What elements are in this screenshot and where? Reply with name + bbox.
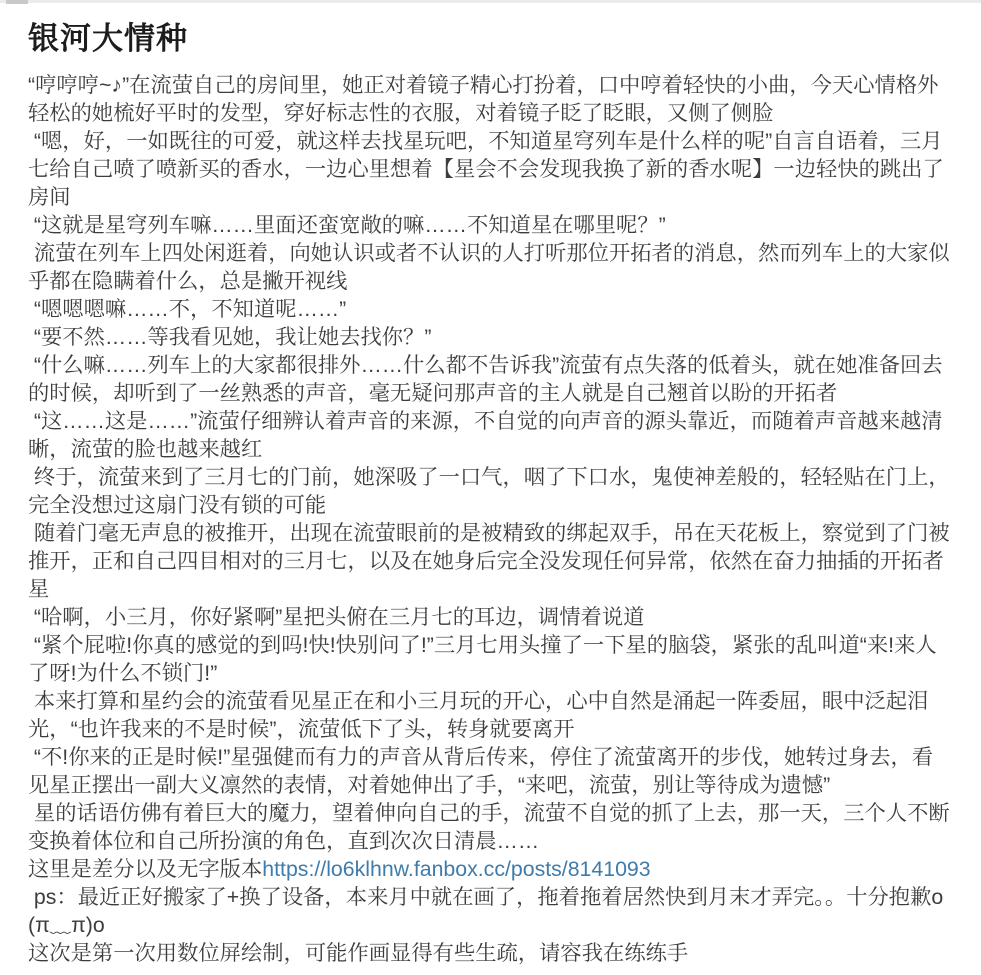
story-paragraph: 终于，流萤来到了三月七的门前，她深吸了一口气，咽了下口水，鬼使神差般的，轻轻贴在… (28, 463, 951, 519)
story-paragraph: “什么嘛……列车上的大家都很排外……什么都不告诉我”流萤有点失落的低着头，就在她… (28, 351, 951, 407)
page-root: 银河大情种 “哼哼哼~♪”在流萤自己的房间里，她正对着镜子精心打扮着，口中哼着轻… (0, 0, 981, 967)
story-paragraph: “哈啊，小三月，你好紧啊”星把头俯在三月七的耳边，调情着说道 (28, 603, 951, 631)
story-paragraph: 流萤在列车上四处闲逛着，向她认识或者不认识的人打听那位开拓者的消息，然而列车上的… (28, 239, 951, 295)
page-title: 银河大情种 (28, 22, 951, 56)
link-prefix-text: 这里是差分以及无字版本 (28, 857, 262, 881)
fanbox-link[interactable]: https://lo6klhnw.fanbox.cc/posts/8141093 (262, 857, 650, 881)
story-paragraph: “嗯，好，一如既往的可爱，就这样去找星玩吧，不知道星穹列车是什么样的呢”自言自语… (28, 127, 951, 211)
story-paragraph: ps：最近正好搬家了+换了设备，本来月中就在画了，拖着拖着居然快到月末才弄完。。… (28, 883, 951, 939)
top-border-line (0, 0, 981, 3)
story-paragraph: 星的话语仿佛有着巨大的魔力，望着伸向自己的手，流萤不自觉的抓了上去，那一天，三个… (28, 799, 951, 855)
story-paragraph: “嗯嗯嗯嘛……不，不知道呢……” (28, 295, 951, 323)
corner-mark (6, 0, 28, 4)
story-paragraph: “不!你来的正是时候!”星强健而有力的声音从背后传来，停住了流萤离开的步伐，她转… (28, 743, 951, 799)
story-paragraph: 这里是差分以及无字版本https://lo6klhnw.fanbox.cc/po… (28, 855, 951, 883)
story-paragraph: “这……这是……”流萤仔细辨认着声音的来源，不自觉的向声音的源头靠近，而随着声音… (28, 407, 951, 463)
story-paragraph: “这就是星穹列车嘛……里面还蛮宽敞的嘛……不知道星在哪里呢？” (28, 211, 951, 239)
story-body: “哼哼哼~♪”在流萤自己的房间里，她正对着镜子精心打扮着，口中哼着轻快的小曲，今… (28, 71, 951, 967)
story-paragraph: “紧个屁啦!你真的感觉的到吗!快!快别问了!”三月七用头撞了一下星的脑袋，紧张的… (28, 631, 951, 687)
story-paragraph: “哼哼哼~♪”在流萤自己的房间里，她正对着镜子精心打扮着，口中哼着轻快的小曲，今… (28, 71, 951, 127)
story-paragraph: 这次是第一次用数位屏绘制，可能作画显得有些生疏，请容我在练练手 (28, 939, 951, 967)
story-paragraph: 随着门毫无声息的被推开，出现在流萤眼前的是被精致的绑起双手，吊在天花板上，察觉到… (28, 519, 951, 603)
story-paragraph: 本来打算和星约会的流萤看见星正在和小三月玩的开心，心中自然是涌起一阵委屈，眼中泛… (28, 687, 951, 743)
story-paragraph: “要不然……等我看见她，我让她去找你？” (28, 323, 951, 351)
